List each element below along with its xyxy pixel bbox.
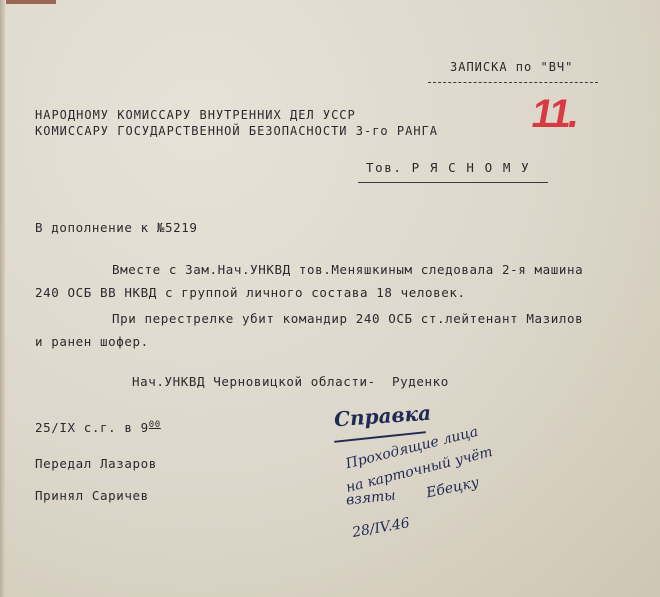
addressee-line-2: КОМИССАРУ ГОСУДАРСТВЕННОЙ БЕЗОПАСНОСТИ 3… xyxy=(35,124,438,138)
body-line-1: Вместе с Зам.Нач.УНКВД тов.Меняшкиным сл… xyxy=(112,262,583,277)
received-by-line: Принял Саричев xyxy=(35,488,149,503)
date-line: 25/IX с.г. в 900 xyxy=(35,420,161,435)
body-line-3: При перестрелке убит командир 240 ОСБ ст… xyxy=(112,311,583,326)
body-line-2: 240 ОСБ ВВ НКВД с группой личного состав… xyxy=(35,285,466,300)
date-minutes: 00 xyxy=(149,420,161,430)
reference-line: В дополнение к №5219 xyxy=(35,220,198,235)
date-text: 25/IX с.г. в 9 xyxy=(35,420,149,435)
addressee-line-1: НАРОДНОМУ КОМИССАРУ ВНУТРЕННИХ ДЕЛ УССР xyxy=(35,108,356,122)
addressee-name: Тов. Р Я С Н О М У xyxy=(366,160,530,175)
archive-page-number: 11. xyxy=(528,92,580,137)
signature-line: Нач.УНКВД Черновицкой области- Руденко xyxy=(132,374,449,389)
handwritten-note-title: Справка xyxy=(333,401,431,432)
header-dashed-rule xyxy=(428,82,598,83)
document-header-label: ЗАПИСКА по "ВЧ" xyxy=(450,60,573,74)
handwritten-date: 28/IV.46 xyxy=(351,515,411,541)
addressee-underline xyxy=(358,182,548,183)
sent-by-line: Передал Лазаров xyxy=(35,456,157,471)
body-line-4: и ранен шофер. xyxy=(35,334,149,349)
document-page: ЗАПИСКА по "ВЧ" 11. НАРОДНОМУ КОМИССАРУ … xyxy=(0,0,660,597)
page-edge xyxy=(0,0,5,597)
page-tab-edge xyxy=(6,0,56,4)
handwritten-signature: Ебецку xyxy=(425,475,480,502)
